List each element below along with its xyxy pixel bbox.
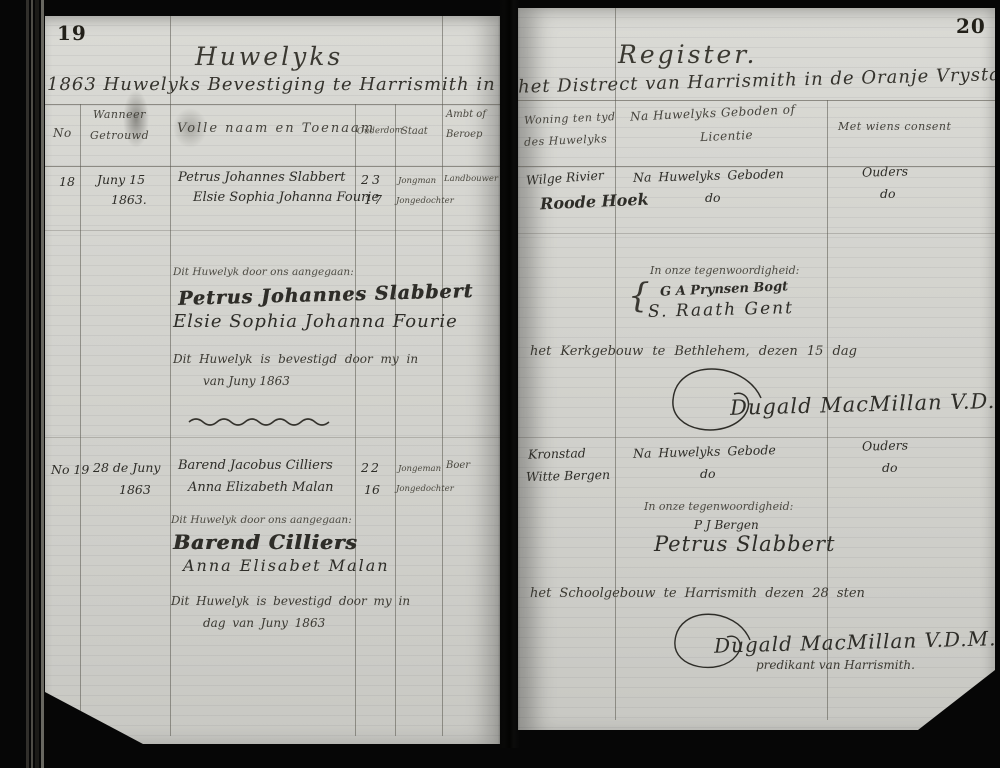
- register-page-right: 20 Register. het Distrect van Harrismith…: [518, 8, 995, 738]
- signature-groom: Barend Cilliers: [173, 530, 357, 554]
- entry-bride-name: Anna Elizabeth Malan: [188, 480, 334, 495]
- confirmation-line2: van Juny 1863: [203, 374, 290, 388]
- signature-bride: Anna Elisabet Malan: [183, 556, 390, 575]
- entry-date-line1: 28 de Juny: [93, 460, 160, 475]
- entry-groom-status: Jongeman: [398, 464, 441, 474]
- col-header-residence-2: des Huwelyks: [524, 132, 608, 149]
- flourish-squiggle: [185, 414, 345, 428]
- entry-bride-name: Elsie Sophia Johanna Fourie: [193, 190, 379, 205]
- venue-line: het Kerkgebouw te Bethlehem, dezen 15 da…: [530, 344, 857, 359]
- page-subtitle: 1863 Huwelyks Bevestiging te Harrismith …: [47, 74, 496, 95]
- col-header-when-2: Getrouwd: [90, 129, 149, 142]
- page-title: Huwelyks: [195, 42, 343, 71]
- entry-occupation: Boer: [446, 460, 470, 471]
- entry-consent: Ouders: [862, 163, 908, 179]
- entry-consent: Ouders: [862, 437, 908, 453]
- col-header-occupation-1: Ambt of: [446, 109, 486, 120]
- table-line: [45, 437, 500, 438]
- entry-residence-line1: Kronstad: [528, 445, 586, 462]
- table-line: [518, 100, 995, 101]
- col-header-occupation-2: Beroep: [446, 129, 482, 140]
- col-header-status: Staat: [401, 126, 428, 137]
- entry-groom-age: 23: [361, 172, 383, 187]
- witness-signature-2: Petrus Slabbert: [654, 532, 835, 556]
- entry-date-line2: 1863: [119, 482, 151, 497]
- entry-groom-status: Jongman: [398, 176, 436, 186]
- col-header-banns-1: Na Huwelyks Geboden of: [630, 102, 796, 123]
- book-spine-edge: [35, 0, 39, 768]
- signature-bride: Elsie Sophia Johanna Fourie: [173, 311, 458, 332]
- entry-residence-line2: Witte Bergen: [526, 467, 610, 484]
- book-spine-edge: [26, 0, 29, 768]
- entry-no: No 19: [51, 462, 89, 477]
- entry-consent-ditto: do: [882, 460, 898, 475]
- page-subtitle: het Distrect van Harrismith in de Oranje…: [518, 63, 1000, 97]
- col-header-age: Ouderdom: [357, 125, 403, 136]
- table-line: [45, 230, 500, 231]
- entry-occupation: Landbouwer: [444, 174, 498, 184]
- entry-bride-age: 17: [364, 192, 384, 207]
- col-header-no: No: [53, 126, 72, 140]
- witness-presence-label: In onze tegenwoordigheid:: [644, 500, 793, 513]
- witness-presence-label: In onze tegenwoordigheid:: [650, 264, 799, 277]
- entry-bride-status: Jongedochter: [396, 484, 454, 494]
- signature-groom: Petrus Johannes Slabbert: [178, 280, 474, 310]
- witness-brace: {: [628, 276, 650, 316]
- entry-banns-ditto: do: [700, 466, 716, 481]
- table-line: [518, 233, 995, 234]
- entry-groom-name: Petrus Johannes Slabbert: [178, 170, 345, 185]
- col-header-residence-1: Woning ten tyd: [524, 110, 616, 127]
- marriage-declaration: Dit Huwelyk door ons aangegaan:: [171, 514, 352, 526]
- col-header-when-1: Wanneer: [93, 108, 146, 121]
- col-header-consent: Met wiens consent: [838, 120, 951, 133]
- confirmation-line1: Dit Huwelyk is bevestigd door my in: [171, 594, 410, 608]
- entry-consent-ditto: do: [880, 186, 896, 201]
- entry-date-line1: Juny 15: [97, 172, 145, 187]
- entry-bride-age: 16: [364, 482, 380, 497]
- venue-line: het Schoolgebouw te Harrismith dezen 28 …: [530, 586, 865, 601]
- witness-signature-1: P J Bergen: [694, 518, 759, 532]
- table-line: [442, 16, 443, 736]
- entry-banns-line1: Na Huwelyks Gebode: [633, 442, 776, 461]
- col-header-name: Volle naam en Toenaam: [177, 121, 375, 136]
- book-spine-edge: [31, 0, 33, 768]
- entry-banns-line1: Na Huwelyks Geboden: [633, 166, 784, 185]
- page-number: 19: [57, 21, 87, 45]
- col-header-banns-2: Licentie: [700, 128, 754, 144]
- confirmation-line1: Dit Huwelyk is bevestigd door my in: [173, 352, 418, 366]
- minister-title: predikant van Harrismith.: [756, 658, 915, 672]
- marriage-declaration: Dit Huwelyk door ons aangegaan:: [173, 266, 354, 278]
- table-line: [45, 166, 500, 167]
- entry-residence-line2: Roode Hoek: [540, 190, 649, 214]
- table-line: [170, 16, 171, 736]
- book-spine-edge: [41, 0, 44, 768]
- entry-bride-status: Jongedochter: [396, 196, 454, 206]
- table-line: [80, 104, 81, 736]
- page-number: 20: [956, 14, 986, 38]
- register-page-left: 19 Huwelyks 1863 Huwelyks Bevestiging te…: [45, 16, 500, 746]
- page-title: Register.: [618, 40, 757, 69]
- entry-banns-ditto: do: [705, 190, 721, 205]
- entry-groom-age: 22: [361, 460, 381, 475]
- entry-date-line2: 1863.: [111, 192, 147, 207]
- entry-no: 18: [59, 174, 75, 189]
- entry-groom-name: Barend Jacobus Cilliers: [178, 458, 333, 473]
- confirmation-line2: dag van Juny 1863: [203, 616, 325, 630]
- book-gutter: [498, 0, 520, 748]
- witness-signature-2: S. Raath Gent: [648, 298, 794, 322]
- witness-signature-1: G A Prynsen Bogt: [660, 279, 789, 300]
- table-line: [45, 104, 500, 105]
- entry-residence-line1: Wilge Rivier: [526, 167, 605, 187]
